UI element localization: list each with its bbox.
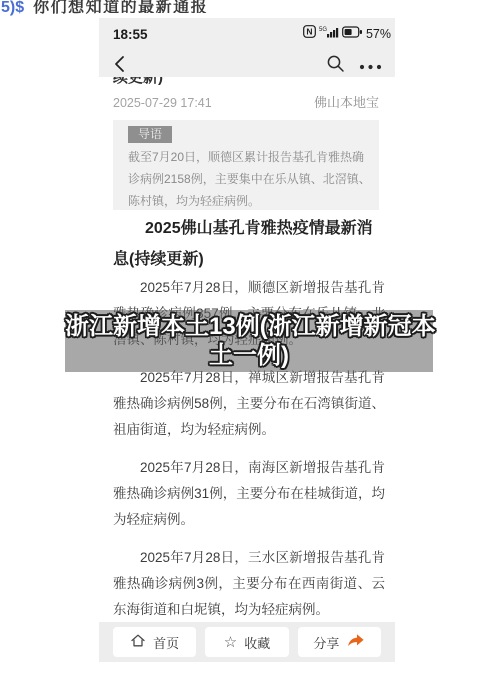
page-canvas: 5)$你们想知道的最新通报 18:55 N 5G 57% [0,0,500,683]
clipped-heading-tail: 续更新) [113,77,233,86]
battery-half-icon [342,25,363,43]
status-bar: 18:55 N 5G 57% [99,18,395,43]
status-icons: N 5G 57% [303,25,391,43]
signal-5g-icon: 5G [319,25,339,43]
nav-bar [99,52,395,78]
share-button[interactable]: 分享 [298,627,381,657]
svg-text:5G: 5G [319,27,327,33]
caption-overlay: 浙江新增本土13例(浙江新增新冠本 土一例) [65,310,433,372]
search-button[interactable] [326,54,345,76]
more-ellipsis-icon [359,58,382,73]
battery-percent: 57% [366,27,391,41]
caption-line: 土一例) [65,341,433,370]
favorite-label: 收藏 [244,633,270,652]
home-button[interactable]: 首页 [113,627,196,657]
svg-text:N: N [306,27,312,37]
nfc-icon: N [303,25,316,43]
article-paragraph: 2025年7月28日，南海区新增报告基孔肯雅热确诊病例31例，主要分布在桂城街道… [113,455,385,533]
share-label: 分享 [313,633,339,652]
article-title: 2025佛山基孔肯雅热疫情最新消息(持续更新) [113,213,381,275]
article-paragraph: 2025年7月28日，禅城区新增报告基孔肯雅热确诊病例58例，主要分布在石湾镇街… [113,365,385,443]
house-icon [130,633,146,651]
background-headline-prefix: 5)$ [1,0,24,16]
more-button[interactable] [359,58,382,73]
intro-badge: 导语 [128,126,172,143]
article-date: 2025-07-29 17:41 [113,96,212,110]
chevron-left-back-icon [114,55,125,76]
article-paragraph: 2025年7月28日，三水区新增报告基孔肯雅热确诊病例3例，主要分布在西南街道、… [113,545,385,623]
search-magnifier-icon [326,54,345,76]
caption-line: 浙江新增本土13例(浙江新增新冠本 [65,312,433,341]
home-label: 首页 [153,633,179,652]
intro-box: 导语 截至7月20日，顺德区累计报告基孔肯雅热确诊病例2158例，主要集中在乐从… [113,120,379,210]
article-meta: 2025-07-29 17:41 佛山本地宝 [113,92,379,111]
article-source: 佛山本地宝 [314,92,379,111]
star-icon: ☆ [224,635,237,650]
share-curved-arrow-icon [346,633,365,651]
favorite-button[interactable]: ☆ 收藏 [205,627,288,657]
bottom-toolbar: 首页 ☆ 收藏 分享 [99,622,395,662]
status-time: 18:55 [113,27,148,42]
back-button[interactable] [114,55,125,76]
intro-text: 截至7月20日，顺德区累计报告基孔肯雅热确诊病例2158例，主要集中在乐从镇、北… [128,146,371,212]
status-nav-area: 18:55 N 5G 57% [99,18,395,77]
